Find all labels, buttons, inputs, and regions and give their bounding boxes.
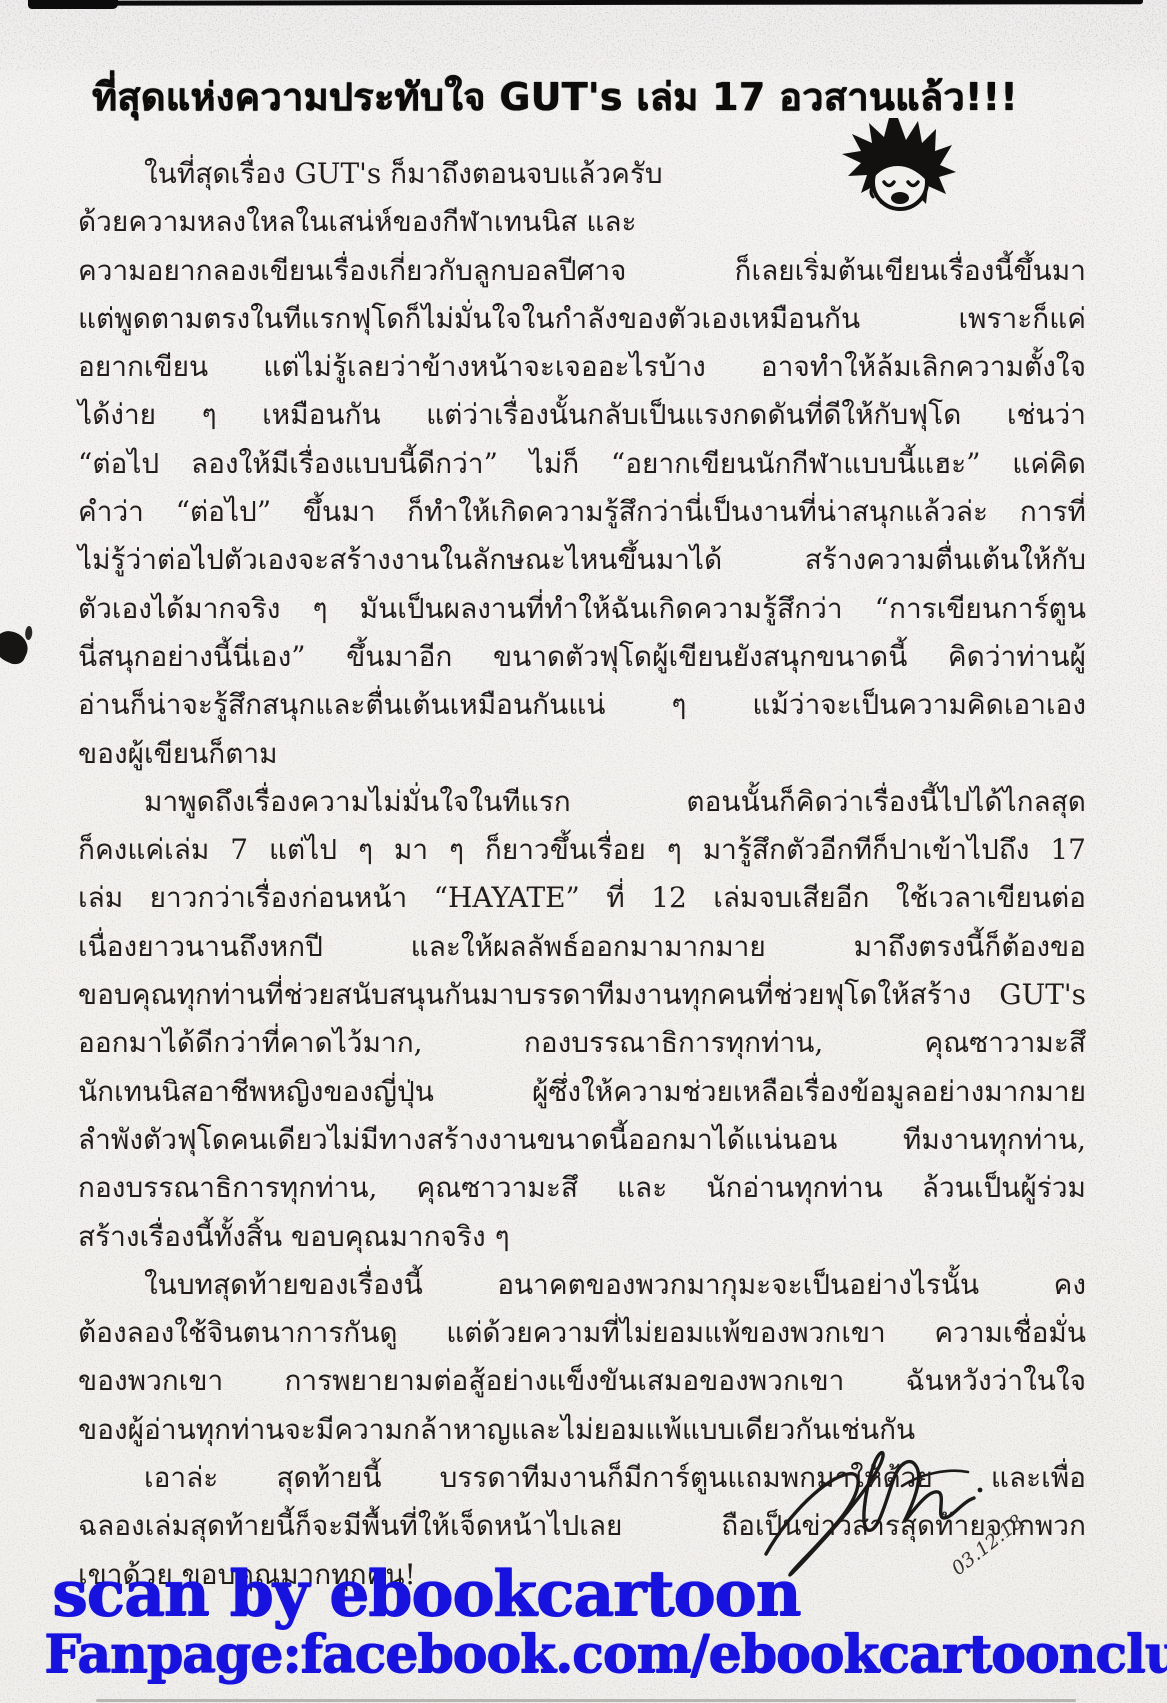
body-line: ความอยากลองเขียนเรื่องเกี่ยวกับลูกบอลปีศ… — [78, 247, 1086, 295]
body-line: แต่พูดตามตรงในทีแรกฟุโดก็ไม่มั่นใจในกำลั… — [78, 295, 1086, 343]
body-line: นี่สนุกอย่างนี้นี่เอง” ขึ้นมาอีก ขนาดตัว… — [78, 633, 1086, 681]
body-line: เนื่องยาวนานถึงหกปี และให้ผลลัพธ์ออกมามา… — [78, 923, 1086, 971]
body-line: ด้วยความหลงใหลในเสน่ห์ของกีฬาเทนนิส และ — [78, 198, 1086, 246]
body-line: ขอบคุณทุกท่านที่ช่วยสนับสนุนกันมาบรรดาที… — [78, 971, 1086, 1019]
watermark-fanpage-url: Fanpage:facebook.com/ebookcartoonclub — [44, 1624, 1167, 1685]
body-line: ได้ง่าย ๆ เหมือนกัน แต่ว่าเรื่องนั้นกลับ… — [78, 391, 1086, 439]
body-line: นักเทนนิสอาชีพหญิงของญี่ปุ่น ผู้ซึ่งให้ค… — [78, 1068, 1086, 1116]
afterword-body: ในที่สุดเรื่อง GUT's ก็มาถึงตอนจบแล้วครั… — [78, 150, 1088, 1599]
scan-edge-artifact-bottom — [96, 1699, 1076, 1702]
body-line: ออกมาได้ดีกว่าที่คาดไว้มาก, กองบรรณาธิกา… — [78, 1019, 1086, 1067]
body-line: ลำพังตัวฟุโดคนเดียวไม่มีทางสร้างงานขนาดน… — [78, 1116, 1086, 1164]
body-line: “ต่อไป ลองให้มีเรื่องแบบนี้ดีกว่า” ไม่ก็… — [78, 440, 1086, 488]
watermark-scan-credit: scan by ebookcartoon — [52, 1556, 800, 1630]
body-line: คำว่า “ต่อไป” ขึ้นมา ก็ทำให้เกิดความรู้ส… — [78, 488, 1086, 536]
scan-edge-artifact-top-blob — [28, 0, 118, 9]
body-line: อ่านก็น่าจะรู้สึกสนุกและตื่นเต้นเหมือนกั… — [78, 681, 1086, 729]
body-line: กองบรรณาธิการทุกท่าน, คุณซาวามะสึ และ นั… — [78, 1164, 1086, 1212]
body-line: อยากเขียน แต่ไม่รู้เลยว่าข้างหน้าจะเจออะ… — [78, 343, 1086, 391]
signature-date: 03.12.18. — [948, 1507, 1033, 1580]
scanned-afterword-page: ที่สุดแห่งความประทับใจ GUT's เล่ม 17 อวส… — [0, 0, 1167, 1703]
body-line: ต้องลองใช้จินตนาการกันดู แต่ด้วยความที่ไ… — [78, 1309, 1086, 1357]
body-line: ก็คงแค่เล่ม 7 แต่ไป ๆ มา ๆ ก็ยาวขึ้นเรื่… — [78, 826, 1086, 874]
ink-smudge-artifact — [0, 626, 33, 667]
body-line: ในที่สุดเรื่อง GUT's ก็มาถึงตอนจบแล้วครั… — [78, 150, 1086, 198]
body-line: ของผู้เขียนก็ตาม — [78, 730, 1086, 778]
body-line: ของพวกเขา การพยายามต่อสู้อย่างแข็งขันเสม… — [78, 1357, 1086, 1405]
body-line: สร้างเรื่องนี้ทั้งสิ้น ขอบคุณมากจริง ๆ — [78, 1213, 1086, 1261]
body-line: เล่ม ยาวกว่าเรื่องก่อนหน้า “HAYATE” ที่ … — [78, 874, 1086, 922]
body-line: ตัวเองได้มากจริง ๆ มันเป็นผลงานที่ทำให้ฉ… — [78, 585, 1086, 633]
body-line: มาพูดถึงเรื่องความไม่มั่นใจในทีแรก ตอนนั… — [78, 778, 1086, 826]
body-line: ในบทสุดท้ายของเรื่องนี้ อนาคตของพวกมากุม… — [78, 1261, 1086, 1309]
page-title: ที่สุดแห่งความประทับใจ GUT's เล่ม 17 อวส… — [92, 74, 1082, 120]
body-line: ไม่รู้ว่าต่อไปตัวเองจะสร้างงานในลักษณะไห… — [78, 536, 1086, 584]
scan-edge-artifact-top — [28, 0, 1143, 6]
